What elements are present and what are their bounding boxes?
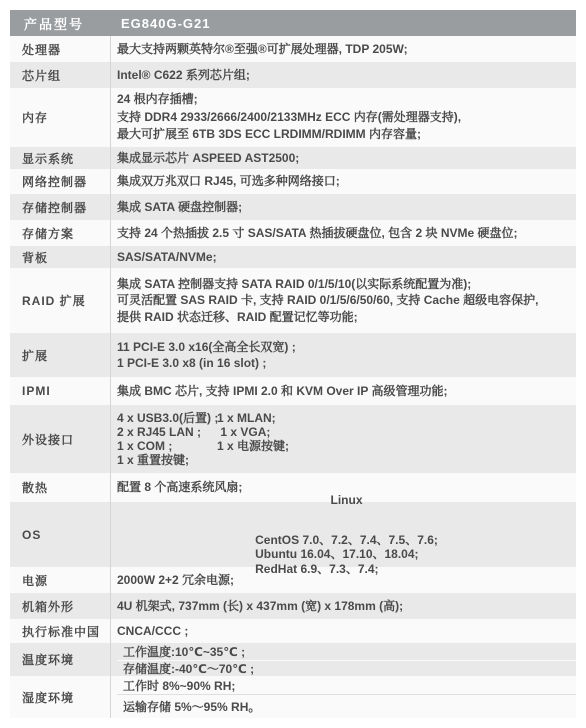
spec-label: 温度环境 [10, 643, 110, 676]
peripheral-item: 1 x 电源按键; [217, 439, 289, 453]
spec-row-ipmi: IPMI 集成 BMC 芯片, 支持 IPMI 2.0 和 KVM Over I… [10, 377, 576, 405]
spec-value: 11 PCI-E 3.0 x16(全高全长双宽) ; 1 PCI-E 3.0 x… [110, 333, 576, 377]
spec-value: 24 根内存插槽; 支持 DDR4 2933/2666/2400/2133MHz… [110, 88, 576, 147]
spec-line: 存储温度:-40℃～70℃ ; [117, 660, 576, 677]
spec-value: 集成 SATA 硬盘控制器; [110, 194, 576, 220]
spec-line: 最大支持两颗英特尔®至强®可扩展处理器, TDP 205W; [117, 41, 576, 58]
spec-label: RAID 扩展 [10, 268, 110, 333]
spec-row-network: 网络控制器 集成双万兆双口 RJ45, 可选多种网络接口; [10, 169, 576, 194]
spec-label: 芯片组 [10, 62, 110, 88]
spec-row-raid: RAID 扩展 集成 SATA 控制器支持 SATA RAID 0/1/5/10… [10, 268, 576, 333]
spec-line: 可灵活配置 SAS RAID 卡, 支持 RAID 0/1/5/6/50/60,… [117, 292, 576, 309]
spec-row-peripherals: 外设接口 4 x USB3.0(后置) ; 1 x MLAN; 2 x RJ45… [10, 405, 576, 473]
spec-row-cooling: 散热 配置 8 个高速系统风扇; [10, 473, 576, 502]
spec-label: 处理器 [10, 36, 110, 62]
spec-row-display: 显示系统 集成显示芯片 ASPEED AST2500; [10, 147, 576, 169]
spec-label: 扩展 [10, 333, 110, 377]
header-label: 产品型号 [10, 14, 111, 33]
spec-line: 集成 SATA 控制器支持 SATA RAID 0/1/5/10(以实际系统配置… [117, 276, 576, 293]
peripheral-item: 1 x MLAN; [217, 411, 276, 425]
peripheral-item: 4 x USB3.0(后置) ; [117, 411, 217, 425]
spec-row-temperature: 温度环境 工作温度:10℃~35℃ ; 存储温度:-40℃～70℃ ; [10, 643, 576, 676]
spec-label: 执行标准中国 [10, 619, 110, 643]
spec-row-memory: 内存 24 根内存插槽; 支持 DDR4 2933/2666/2400/2133… [10, 88, 576, 147]
spec-line: Intel® C622 系列芯片组; [117, 67, 576, 84]
spec-line: 工作温度:10℃~35℃ ; [117, 643, 576, 660]
spec-value: Intel® C622 系列芯片组; [110, 62, 576, 88]
spec-row-chipset: 芯片组 Intel® C622 系列芯片组; [10, 62, 576, 88]
spec-row-storage-plan: 存储方案 支持 24 个热插拔 2.5 寸 SAS/SATA 热插拔硬盘位, 包… [10, 220, 576, 246]
spec-line: 24 根内存插槽; [117, 91, 576, 109]
spec-line: 集成显示芯片 ASPEED AST2500; [117, 150, 576, 167]
product-spec-table: 产品型号 EG840G-G21 处理器 最大支持两颗英特尔®至强®可扩展处理器,… [10, 10, 576, 718]
spec-line: 4 x USB3.0(后置) ; 1 x MLAN; [117, 411, 576, 425]
spec-label: 湿度环境 [10, 676, 110, 718]
spec-value: 集成 SATA 控制器支持 SATA RAID 0/1/5/10(以实际系统配置… [110, 268, 576, 333]
spec-line: 集成 BMC 芯片, 支持 IPMI 2.0 和 KVM Over IP 高级管… [117, 383, 576, 400]
spec-label: 背板 [10, 246, 110, 268]
peripheral-item: 1 x VGA; [217, 425, 270, 439]
spec-label: 散热 [10, 473, 110, 502]
spec-line: 1 PCI-E 3.0 x8 (in 16 slot) ; [117, 355, 576, 371]
spec-label: IPMI [10, 377, 110, 405]
spec-label: 机箱外形 [10, 593, 110, 619]
spec-row-os: OS Linux CentOS 7.0、7.2、7.4、7.5、7.6; Ubu… [10, 502, 576, 567]
table-header-row: 产品型号 EG840G-G21 [10, 10, 576, 36]
spec-value: 集成双万兆双口 RJ45, 可选多种网络接口; [110, 169, 576, 194]
spec-value: 工作时 8%~90% RH; 运输存储 5%～95% RH。 [110, 676, 576, 718]
spec-label: 存储控制器 [10, 194, 110, 220]
spec-line: 提供 RAID 状态迁移、RAID 配置记忆等功能; [117, 309, 576, 326]
spec-line: 支持 24 个热插拔 2.5 寸 SAS/SATA 热插拔硬盘位, 包含 2 块… [117, 225, 576, 242]
peripheral-item: 1 x 重置按键; [117, 453, 217, 467]
spec-line: CentOS 7.0、7.2、7.4、7.5、7.6; [255, 533, 438, 548]
spec-value: Linux CentOS 7.0、7.2、7.4、7.5、7.6; Ubuntu… [110, 502, 576, 567]
spec-label: 外设接口 [10, 405, 110, 473]
spec-row-expansion: 扩展 11 PCI-E 3.0 x16(全高全长双宽) ; 1 PCI-E 3.… [10, 333, 576, 377]
spec-line: 4U 机架式, 737mm (长) x 437mm (宽) x 178mm (高… [117, 598, 576, 615]
spec-label: 显示系统 [10, 147, 110, 169]
spec-value: 4U 机架式, 737mm (长) x 437mm (宽) x 178mm (高… [110, 593, 576, 619]
spec-value: SAS/SATA/NVMe; [110, 246, 576, 268]
spec-value: 支持 24 个热插拔 2.5 寸 SAS/SATA 热插拔硬盘位, 包含 2 块… [110, 220, 576, 246]
spec-row-standards: 执行标准中国 CNCA/CCC ; [10, 619, 576, 643]
spec-line: 集成双万兆双口 RJ45, 可选多种网络接口; [117, 173, 576, 190]
spec-line: 运输存储 5%～95% RH。 [117, 694, 576, 718]
peripheral-item: 1 x COM ; [117, 439, 217, 453]
spec-label: 内存 [10, 88, 110, 147]
spec-row-cpu: 处理器 最大支持两颗英特尔®至强®可扩展处理器, TDP 205W; [10, 36, 576, 62]
spec-line: 1 x 重置按键; [117, 453, 576, 467]
spec-row-chassis: 机箱外形 4U 机架式, 737mm (长) x 437mm (宽) x 178… [10, 593, 576, 619]
spec-line: Ubuntu 16.04、17.10、18.04; [255, 547, 438, 562]
spec-line: 工作时 8%~90% RH; [117, 676, 576, 694]
spec-value: 集成显示芯片 ASPEED AST2500; [110, 147, 576, 169]
spec-line: 1 x COM ; 1 x 电源按键; [117, 439, 576, 453]
spec-value: 2000W 2+2 冗余电源; [110, 567, 576, 593]
spec-line: 2000W 2+2 冗余电源; [117, 572, 576, 589]
spec-line: 集成 SATA 硬盘控制器; [117, 199, 576, 216]
spec-row-backplane: 背板 SAS/SATA/NVMe; [10, 246, 576, 268]
spec-value: 4 x USB3.0(后置) ; 1 x MLAN; 2 x RJ45 LAN … [110, 405, 576, 473]
spec-value: 集成 BMC 芯片, 支持 IPMI 2.0 和 KVM Over IP 高级管… [110, 377, 576, 405]
spec-value: 最大支持两颗英特尔®至强®可扩展处理器, TDP 205W; [110, 36, 576, 62]
spec-row-humidity: 湿度环境 工作时 8%~90% RH; 运输存储 5%～95% RH。 [10, 676, 576, 718]
spec-line: CNCA/CCC ; [117, 623, 576, 640]
spec-line: 2 x RJ45 LAN ; 1 x VGA; [117, 425, 576, 439]
spec-line: 支持 DDR4 2933/2666/2400/2133MHz ECC 内存(需处… [117, 109, 576, 127]
spec-value: 工作温度:10℃~35℃ ; 存储温度:-40℃～70℃ ; [110, 643, 576, 676]
spec-row-power: 电源 2000W 2+2 冗余电源; [10, 567, 576, 593]
spec-line: 11 PCI-E 3.0 x16(全高全长双宽) ; [117, 339, 576, 355]
spec-label: 电源 [10, 567, 110, 593]
spec-row-storage-controller: 存储控制器 集成 SATA 硬盘控制器; [10, 194, 576, 220]
peripheral-item: 2 x RJ45 LAN ; [117, 425, 217, 439]
product-model: EG840G-G21 [111, 16, 576, 31]
spec-value: CNCA/CCC ; [110, 619, 576, 643]
spec-label: 存储方案 [10, 220, 110, 246]
spec-line: 最大可扩展至 6TB 3DS ECC LRDIMM/RDIMM 内存容量; [117, 126, 576, 144]
os-family-label: Linux [331, 493, 363, 533]
spec-label: 网络控制器 [10, 169, 110, 194]
spec-line: SAS/SATA/NVMe; [117, 249, 576, 266]
spec-label: OS [10, 502, 110, 567]
